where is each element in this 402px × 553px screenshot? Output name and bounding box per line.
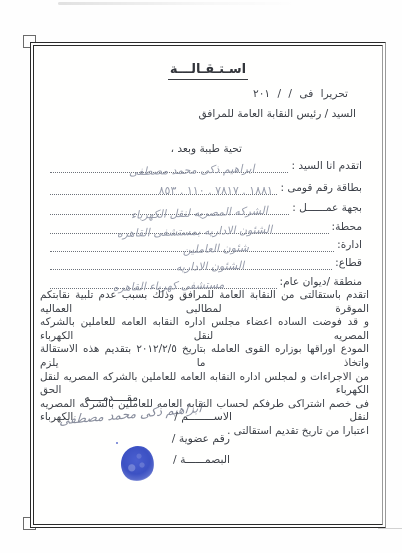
scanned-resignation-page: اسـتـقـالـــة تحريرا فى / / ٢٠١ السيد / …	[0, 0, 402, 553]
form-row-administration: ادارة: شئون العاملين	[50, 239, 362, 252]
document-border-frame: اسـتـقـالـــة تحريرا فى / / ٢٠١ السيد / …	[30, 42, 386, 528]
dotted-line: ابراهيم ذكى محمد مصطفى	[50, 162, 288, 173]
dotted-line: ١٨٨١ . ٧٨١٧ . ١١٠ . ٨٥٣	[50, 184, 277, 195]
body-line: اتقدم باستقالتى من النقابة العامة للمراف…	[40, 289, 369, 316]
form-row-national-id: بطاقة رقم قومى : ١٨٨١ . ٧٨١٧ . ١١٠ . ٨٥٣	[50, 182, 362, 195]
document-title-text: اسـتـقـالـــة	[168, 62, 248, 80]
date-line: تحريرا فى / / ٢٠١	[253, 88, 348, 100]
field-label-administration: ادارة:	[334, 239, 362, 252]
form-row-applicant-name: اتقدم انا السيد : ابراهيم ذكى محمد مصطفى	[50, 160, 362, 173]
name-label: الاســــــــم /	[174, 410, 232, 423]
handwritten-employer: الشركه المصريه لنقل الكهرباء	[130, 204, 267, 222]
handwritten-station: الشئون الاداريه بمستشفى القاهره	[117, 223, 273, 240]
form-row-employer: بجهة عمــــــل : الشركه المصريه لنقل الك…	[50, 202, 362, 215]
greeting-line: تحية طيبة وبعد ،	[171, 143, 242, 155]
thumbprint-ink-speck	[116, 442, 118, 444]
addressee-line: السيد / رئيس النقابة العامة للمرافق	[198, 108, 356, 120]
fingerprint-label: البصمــــــة /	[173, 453, 230, 466]
form-row-sector: قطاع: الشئون الاداريه	[50, 257, 362, 270]
field-label-station: محطة:	[329, 221, 362, 234]
form-row-region: منطقة /ديوان عام: مستشفى كهرباء القاهره	[50, 276, 362, 289]
frame-bottom-edge-extension	[378, 528, 402, 529]
handwritten-applicant-name: ابراهيم ذكى محمد مصطفى	[129, 162, 255, 178]
blue-thumbprint-stamp	[119, 444, 157, 483]
field-label-region: منطقة /ديوان عام:	[277, 276, 362, 289]
dotted-line: الشئون الاداريه بمستشفى القاهره	[50, 223, 329, 234]
field-label-employer: بجهة عمــــــل :	[289, 202, 362, 215]
field-label-sector: قطاع:	[332, 257, 362, 270]
body-line: المودع اوراقها بوزاره القوى العامله بتار…	[40, 343, 369, 370]
body-line: و قد فوضت الساده اعضاء مجلس اداره النقاب…	[40, 316, 369, 343]
field-label-applicant: اتقدم انا السيد :	[288, 160, 362, 173]
dotted-line: الشئون الاداريه	[50, 259, 332, 270]
presented-by-label: مقــــدمــــه	[84, 391, 138, 404]
handwritten-administration: شئون العاملين	[182, 241, 249, 256]
dotted-line: الشركه المصريه لنقل الكهرباء	[50, 204, 289, 215]
handwritten-sector: الشئون الاداريه	[176, 259, 245, 274]
dotted-line: مستشفى كهرباء القاهره	[50, 278, 277, 289]
scan-artifact-streak	[58, 2, 298, 5]
membership-number-label: رقم عضوية /	[172, 432, 230, 445]
form-row-station: محطة: الشئون الاداريه بمستشفى القاهره	[50, 221, 362, 234]
document-title: اسـتـقـالـــة	[34, 62, 382, 77]
field-label-national-id: بطاقة رقم قومى :	[277, 182, 362, 195]
handwritten-national-id: ١٨٨١ . ٧٨١٧ . ١١٠ . ٨٥٣	[159, 184, 273, 197]
dotted-line: شئون العاملين	[50, 241, 334, 252]
